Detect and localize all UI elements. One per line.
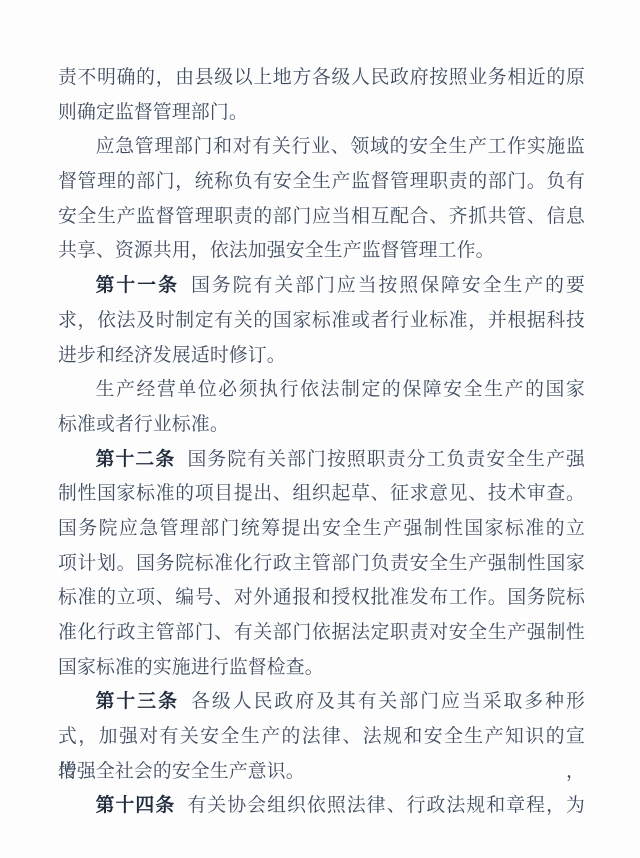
text-line: 国家标准的实施进行监督检查。 xyxy=(58,651,585,686)
line-text: 责不明确的，由县级以上地方各级人民政府按照业务相近的原 xyxy=(58,67,585,88)
line-text: 共享、资源共用，依法加强安全生产监督管理工作。 xyxy=(58,240,495,261)
text-line: 制性国家标准的项目提出、组织起草、征求意见、技术审查。 xyxy=(58,477,585,512)
line-text: 准化行政主管部门、有关部门依据法定职责对安全生产强制性 xyxy=(58,622,585,643)
line-text: 国务院有关部门应当按照保障安全生产的要 xyxy=(191,275,585,296)
text-line: 第十一条国务院有关部门应当按照保障安全生产的要 xyxy=(58,269,585,304)
line-text: 则确定监督管理部门。 xyxy=(58,102,248,123)
text-line: 第十四条有关协会组织依照法律、行政法规和章程，为 xyxy=(58,789,585,824)
text-line: 项计划。国务院标准化行政主管部门负责安全生产强制性国家 xyxy=(58,547,585,582)
line-text: 生产经营单位必须执行依法制定的保障安全生产的国家 xyxy=(96,379,585,400)
article-number: 第十三条 xyxy=(96,691,179,712)
line-text: 有关协会组织依照法律、行政法规和章程，为 xyxy=(188,795,586,816)
text-line: 求，依法及时制定有关的国家标准或者行业标准，并根据科技 xyxy=(58,304,585,339)
line-text: 国家标准的实施进行监督检查。 xyxy=(58,657,324,678)
text-line: 标准或者行业标准。 xyxy=(58,408,585,443)
text-line: 标准的立项、编号、对外通报和授权批准发布工作。国务院标 xyxy=(58,581,585,616)
text-line: 责不明确的，由县级以上地方各级人民政府按照业务相近的原 xyxy=(58,61,585,96)
line-text: 求，依法及时制定有关的国家标准或者行业标准，并根据科技 xyxy=(58,310,585,331)
line-text: 督管理的部门，统称负有安全生产监督管理职责的部门。负有 xyxy=(58,171,585,192)
article-number: 第十四条 xyxy=(96,795,176,816)
line-text: 增强全社会的安全生产意识。 xyxy=(58,761,305,782)
text-line: 督管理的部门，统称负有安全生产监督管理职责的部门。负有 xyxy=(58,165,585,200)
line-text: 国务院有关部门按照职责分工负责安全生产强 xyxy=(188,449,586,470)
text-line: 第十三条各级人民政府及其有关部门应当采取多种形 xyxy=(58,685,585,720)
line-text: 安全生产监督管理职责的部门应当相互配合、齐抓共管、信息 xyxy=(58,206,585,227)
legal-text-block: 责不明确的，由县级以上地方各级人民政府按照业务相近的原则确定监督管理部门。应急管… xyxy=(58,61,585,824)
line-text: 标准或者行业标准。 xyxy=(58,414,229,435)
line-text: 标准的立项、编号、对外通报和授权批准发布工作。国务院标 xyxy=(58,587,585,608)
text-line: 生产经营单位必须执行依法制定的保障安全生产的国家 xyxy=(58,373,585,408)
text-line: 则确定监督管理部门。 xyxy=(58,96,585,131)
text-line: 第十二条国务院有关部门按照职责分工负责安全生产强 xyxy=(58,443,585,478)
line-text: 国务院应急管理部门统筹提出安全生产强制性国家标准的立 xyxy=(58,518,585,539)
text-line: 国务院应急管理部门统筹提出安全生产强制性国家标准的立 xyxy=(58,512,585,547)
article-number: 第十一条 xyxy=(96,275,179,296)
text-line: 式，加强对有关安全生产的法律、法规和安全生产知识的宣传， xyxy=(58,720,585,755)
text-line: 进步和经济发展适时修订。 xyxy=(58,339,585,374)
document-page: 责不明确的，由县级以上地方各级人民政府按照业务相近的原则确定监督管理部门。应急管… xyxy=(0,0,640,858)
text-line: 应急管理部门和对有关行业、领域的安全生产工作实施监 xyxy=(58,130,585,165)
line-text: 应急管理部门和对有关行业、领域的安全生产工作实施监 xyxy=(96,136,585,157)
text-line: 安全生产监督管理职责的部门应当相互配合、齐抓共管、信息 xyxy=(58,200,585,235)
text-line: 准化行政主管部门、有关部门依据法定职责对安全生产强制性 xyxy=(58,616,585,651)
article-number: 第十二条 xyxy=(96,449,176,470)
line-text: 项计划。国务院标准化行政主管部门负责安全生产强制性国家 xyxy=(58,553,585,574)
line-text: 各级人民政府及其有关部门应当采取多种形 xyxy=(191,691,585,712)
line-text: 进步和经济发展适时修订。 xyxy=(58,345,286,366)
line-text: 制性国家标准的项目提出、组织起草、征求意见、技术审查。 xyxy=(58,483,585,504)
text-line: 共享、资源共用，依法加强安全生产监督管理工作。 xyxy=(58,234,585,269)
